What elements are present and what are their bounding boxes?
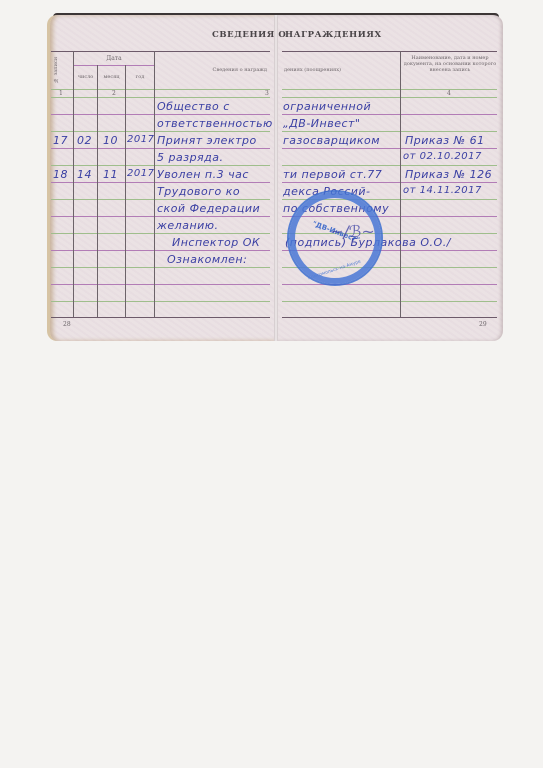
header-info-right: дениях (поощрениях) <box>284 67 374 73</box>
entry-line-2-right: „ДВ-Инвест" <box>283 117 361 130</box>
col-num-4: 4 <box>447 90 451 97</box>
header-bottom-rule-right <box>282 89 497 90</box>
col-num-1: 1 <box>59 90 63 97</box>
record-17-year: 2017 <box>127 134 154 145</box>
entry-line-5-right: ти первой ст.77 <box>283 168 382 181</box>
header-month: месяц <box>98 74 125 80</box>
header-record-no: № записи <box>53 55 71 85</box>
record-17-day: 02 <box>77 134 92 147</box>
record-18-year: 2017 <box>127 168 154 179</box>
col-divider-doc <box>400 51 401 317</box>
col-divider-day <box>97 65 98 317</box>
col-divider-year <box>154 51 155 317</box>
col-num-2: 2 <box>112 90 116 97</box>
signature: ~/ℬ~ <box>330 222 375 241</box>
entry-line-1-right: ограниченной <box>283 100 371 113</box>
entry-line-7-left: ской Федерации <box>157 202 260 215</box>
work-book-spread: СВЕДЕНИЯ О НАГРАЖДЕНИЯХ № записи Дата чи… <box>47 15 503 343</box>
record-18-doc: Приказ № 126 <box>405 168 492 181</box>
header-year: год <box>126 74 154 80</box>
record-18-day: 14 <box>77 168 92 181</box>
book-gutter <box>274 15 278 341</box>
entry-line-8-left: желанию. <box>157 219 219 232</box>
colnum-rule-right <box>282 97 497 98</box>
record-17-month: 10 <box>103 134 118 147</box>
header-top-rule-left <box>51 51 270 52</box>
entry-line-2-left: ответственностью <box>157 117 273 130</box>
page-number-right: 29 <box>479 321 487 328</box>
page-title-right: НАГРАЖДЕНИЯХ <box>285 30 382 40</box>
header-day: число <box>74 74 97 80</box>
entry-line-4-left: 5 разряда. <box>157 151 224 164</box>
header-top-rule-right <box>282 51 497 52</box>
entry-line-10-left: Ознакомлен: <box>167 253 247 266</box>
record-17-doc-date: от 02.10.2017 <box>403 151 482 162</box>
record-17-no: 17 <box>53 134 68 147</box>
date-subheader-rule <box>74 65 154 66</box>
col-divider-1 <box>73 51 74 317</box>
entry-line-6-left: Трудового ко <box>157 185 240 198</box>
colnum-rule-left <box>51 97 270 98</box>
col-num-3: 3 <box>265 90 269 97</box>
record-18-doc-date: от 14.11.2017 <box>403 185 482 196</box>
entry-line-3-right: газосварщиком <box>283 134 380 147</box>
record-17-doc: Приказ № 61 <box>405 134 485 147</box>
header-info-left: Сведения о награжд <box>177 67 267 73</box>
stamp-bottom-text: Комсомольск-на-Амуре <box>308 260 362 282</box>
header-bottom-rule-left <box>51 89 270 90</box>
header-document: Наименование, дата и номер документа, на… <box>403 55 497 73</box>
record-18-month: 11 <box>103 168 118 181</box>
entry-line-9-left: Инспектор ОК <box>172 236 260 249</box>
record-18-no: 18 <box>53 168 68 181</box>
header-date: Дата <box>74 56 154 62</box>
entry-line-3-left: Принят электро <box>157 134 257 147</box>
page-number-left: 28 <box>63 321 71 328</box>
page-title-left: СВЕДЕНИЯ О <box>212 30 286 40</box>
entry-line-5-left: Уволен п.3 час <box>157 168 249 181</box>
col-divider-month <box>125 65 126 317</box>
entry-line-1-left: Общество с <box>157 100 230 113</box>
